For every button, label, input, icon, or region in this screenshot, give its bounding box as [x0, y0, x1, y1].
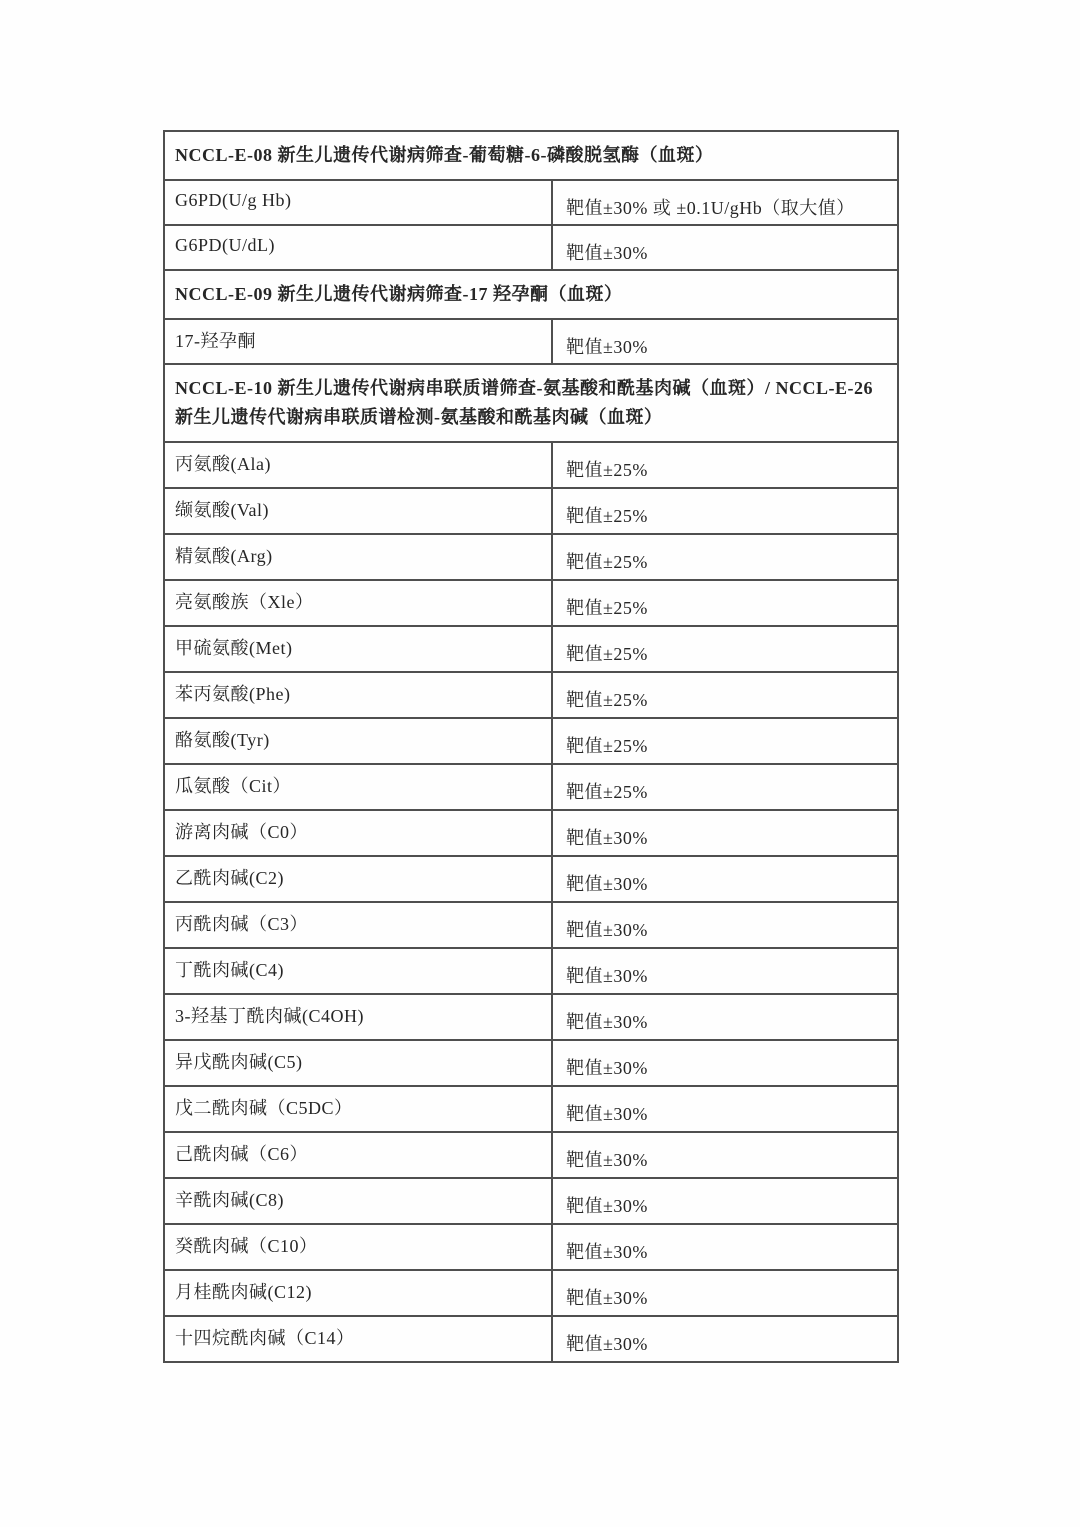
tolerance-value-cell: 靶值±30%	[552, 1270, 898, 1316]
section-header-text: 新生儿遗传代谢病串联质谱检测-氨基酸和酰基肉碱（血斑）	[175, 403, 889, 432]
analyte-name-cell: 瓜氨酸（Cit）	[164, 764, 552, 810]
tolerance-value-cell: 靶值±25%	[552, 626, 898, 672]
analyte-name-cell: 乙酰肉碱(C2)	[164, 856, 552, 902]
tolerance-value-cell: 靶值±25%	[552, 580, 898, 626]
table-row: 戊二酰肉碱（C5DC）靶值±30%	[164, 1086, 898, 1132]
table-row: 苯丙氨酸(Phe)靶值±25%	[164, 672, 898, 718]
table-row: 缬氨酸(Val)靶值±25%	[164, 488, 898, 534]
tolerance-value-cell: 靶值±25%	[552, 672, 898, 718]
analyte-name-cell: 3-羟基丁酰肉碱(C4OH)	[164, 994, 552, 1040]
analyte-name-cell: 月桂酰肉碱(C12)	[164, 1270, 552, 1316]
spec-table-container: NCCL-E-08 新生儿遗传代谢病筛查-葡萄糖-6-磷酸脱氢酶（血斑）G6PD…	[163, 130, 899, 1363]
table-row: 甲硫氨酸(Met)靶值±25%	[164, 626, 898, 672]
analyte-name-cell: 辛酰肉碱(C8)	[164, 1178, 552, 1224]
analyte-name-cell: 游离肉碱（C0）	[164, 810, 552, 856]
analyte-name-cell: 17-羟孕酮	[164, 319, 552, 364]
table-row: 十四烷酰肉碱（C14）靶值±30%	[164, 1316, 898, 1362]
tolerance-value-cell: 靶值±25%	[552, 764, 898, 810]
tolerance-value-cell: 靶值±30%	[552, 810, 898, 856]
tolerance-value-cell: 靶值±30%	[552, 902, 898, 948]
table-row: 丁酰肉碱(C4)靶值±30%	[164, 948, 898, 994]
section-header-row: NCCL-E-08 新生儿遗传代谢病筛查-葡萄糖-6-磷酸脱氢酶（血斑）	[164, 131, 898, 180]
table-row: 月桂酰肉碱(C12)靶值±30%	[164, 1270, 898, 1316]
tolerance-value-cell: 靶值±30%	[552, 1040, 898, 1086]
table-row: 丙氨酸(Ala)靶值±25%	[164, 442, 898, 488]
table-row: 辛酰肉碱(C8)靶值±30%	[164, 1178, 898, 1224]
table-row: 瓜氨酸（Cit）靶值±25%	[164, 764, 898, 810]
analyte-name-cell: 十四烷酰肉碱（C14）	[164, 1316, 552, 1362]
table-row: G6PD(U/g Hb)靶值±30% 或 ±0.1U/gHb（取大值）	[164, 180, 898, 225]
analyte-name-cell: 甲硫氨酸(Met)	[164, 626, 552, 672]
table-row: 乙酰肉碱(C2)靶值±30%	[164, 856, 898, 902]
tolerance-value-cell: 靶值±25%	[552, 534, 898, 580]
section-header-text: NCCL-E-09 新生儿遗传代谢病筛查-17 羟孕酮（血斑）	[175, 280, 889, 309]
table-row: 癸酰肉碱（C10）靶值±30%	[164, 1224, 898, 1270]
analyte-name-cell: 异戊酰肉碱(C5)	[164, 1040, 552, 1086]
tolerance-spec-table: NCCL-E-08 新生儿遗传代谢病筛查-葡萄糖-6-磷酸脱氢酶（血斑）G6PD…	[163, 130, 899, 1363]
tolerance-value-cell: 靶值±25%	[552, 442, 898, 488]
tolerance-value-cell: 靶值±30%	[552, 225, 898, 270]
tolerance-value-cell: 靶值±25%	[552, 488, 898, 534]
table-row: 丙酰肉碱（C3）靶值±30%	[164, 902, 898, 948]
analyte-name-cell: 丁酰肉碱(C4)	[164, 948, 552, 994]
document-page: NCCL-E-08 新生儿遗传代谢病筛查-葡萄糖-6-磷酸脱氢酶（血斑）G6PD…	[0, 0, 1080, 1527]
analyte-name-cell: 缬氨酸(Val)	[164, 488, 552, 534]
table-row: 17-羟孕酮靶值±30%	[164, 319, 898, 364]
analyte-name-cell: 己酰肉碱（C6）	[164, 1132, 552, 1178]
table-row: 酪氨酸(Tyr)靶值±25%	[164, 718, 898, 764]
tolerance-value-cell: 靶值±30% 或 ±0.1U/gHb（取大值）	[552, 180, 898, 225]
table-row: 己酰肉碱（C6）靶值±30%	[164, 1132, 898, 1178]
tolerance-value-cell: 靶值±30%	[552, 1178, 898, 1224]
tolerance-value-cell: 靶值±30%	[552, 856, 898, 902]
tolerance-value-cell: 靶值±25%	[552, 718, 898, 764]
spec-table-body: NCCL-E-08 新生儿遗传代谢病筛查-葡萄糖-6-磷酸脱氢酶（血斑）G6PD…	[164, 131, 898, 1362]
analyte-name-cell: 酪氨酸(Tyr)	[164, 718, 552, 764]
analyte-name-cell: 癸酰肉碱（C10）	[164, 1224, 552, 1270]
tolerance-value-cell: 靶值±30%	[552, 1086, 898, 1132]
table-row: 精氨酸(Arg)靶值±25%	[164, 534, 898, 580]
analyte-name-cell: G6PD(U/g Hb)	[164, 180, 552, 225]
section-header-text: NCCL-E-10 新生儿遗传代谢病串联质谱筛查-氨基酸和酰基肉碱（血斑）/ N…	[175, 374, 889, 403]
table-row: 异戊酰肉碱(C5)靶值±30%	[164, 1040, 898, 1086]
table-row: 亮氨酸族（Xle）靶值±25%	[164, 580, 898, 626]
analyte-name-cell: 亮氨酸族（Xle）	[164, 580, 552, 626]
tolerance-value-cell: 靶值±30%	[552, 1224, 898, 1270]
tolerance-value-cell: 靶值±30%	[552, 1316, 898, 1362]
tolerance-value-cell: 靶值±30%	[552, 948, 898, 994]
analyte-name-cell: 苯丙氨酸(Phe)	[164, 672, 552, 718]
analyte-name-cell: G6PD(U/dL)	[164, 225, 552, 270]
analyte-name-cell: 精氨酸(Arg)	[164, 534, 552, 580]
table-row: 游离肉碱（C0）靶值±30%	[164, 810, 898, 856]
table-row: 3-羟基丁酰肉碱(C4OH)靶值±30%	[164, 994, 898, 1040]
section-header-cell: NCCL-E-09 新生儿遗传代谢病筛查-17 羟孕酮（血斑）	[164, 270, 898, 319]
section-header-row: NCCL-E-10 新生儿遗传代谢病串联质谱筛查-氨基酸和酰基肉碱（血斑）/ N…	[164, 364, 898, 442]
section-header-text: NCCL-E-08 新生儿遗传代谢病筛查-葡萄糖-6-磷酸脱氢酶（血斑）	[175, 141, 889, 170]
section-header-cell: NCCL-E-10 新生儿遗传代谢病串联质谱筛查-氨基酸和酰基肉碱（血斑）/ N…	[164, 364, 898, 442]
section-header-row: NCCL-E-09 新生儿遗传代谢病筛查-17 羟孕酮（血斑）	[164, 270, 898, 319]
analyte-name-cell: 戊二酰肉碱（C5DC）	[164, 1086, 552, 1132]
table-row: G6PD(U/dL)靶值±30%	[164, 225, 898, 270]
section-header-cell: NCCL-E-08 新生儿遗传代谢病筛查-葡萄糖-6-磷酸脱氢酶（血斑）	[164, 131, 898, 180]
tolerance-value-cell: 靶值±30%	[552, 319, 898, 364]
tolerance-value-cell: 靶值±30%	[552, 994, 898, 1040]
tolerance-value-cell: 靶值±30%	[552, 1132, 898, 1178]
analyte-name-cell: 丙酰肉碱（C3）	[164, 902, 552, 948]
analyte-name-cell: 丙氨酸(Ala)	[164, 442, 552, 488]
